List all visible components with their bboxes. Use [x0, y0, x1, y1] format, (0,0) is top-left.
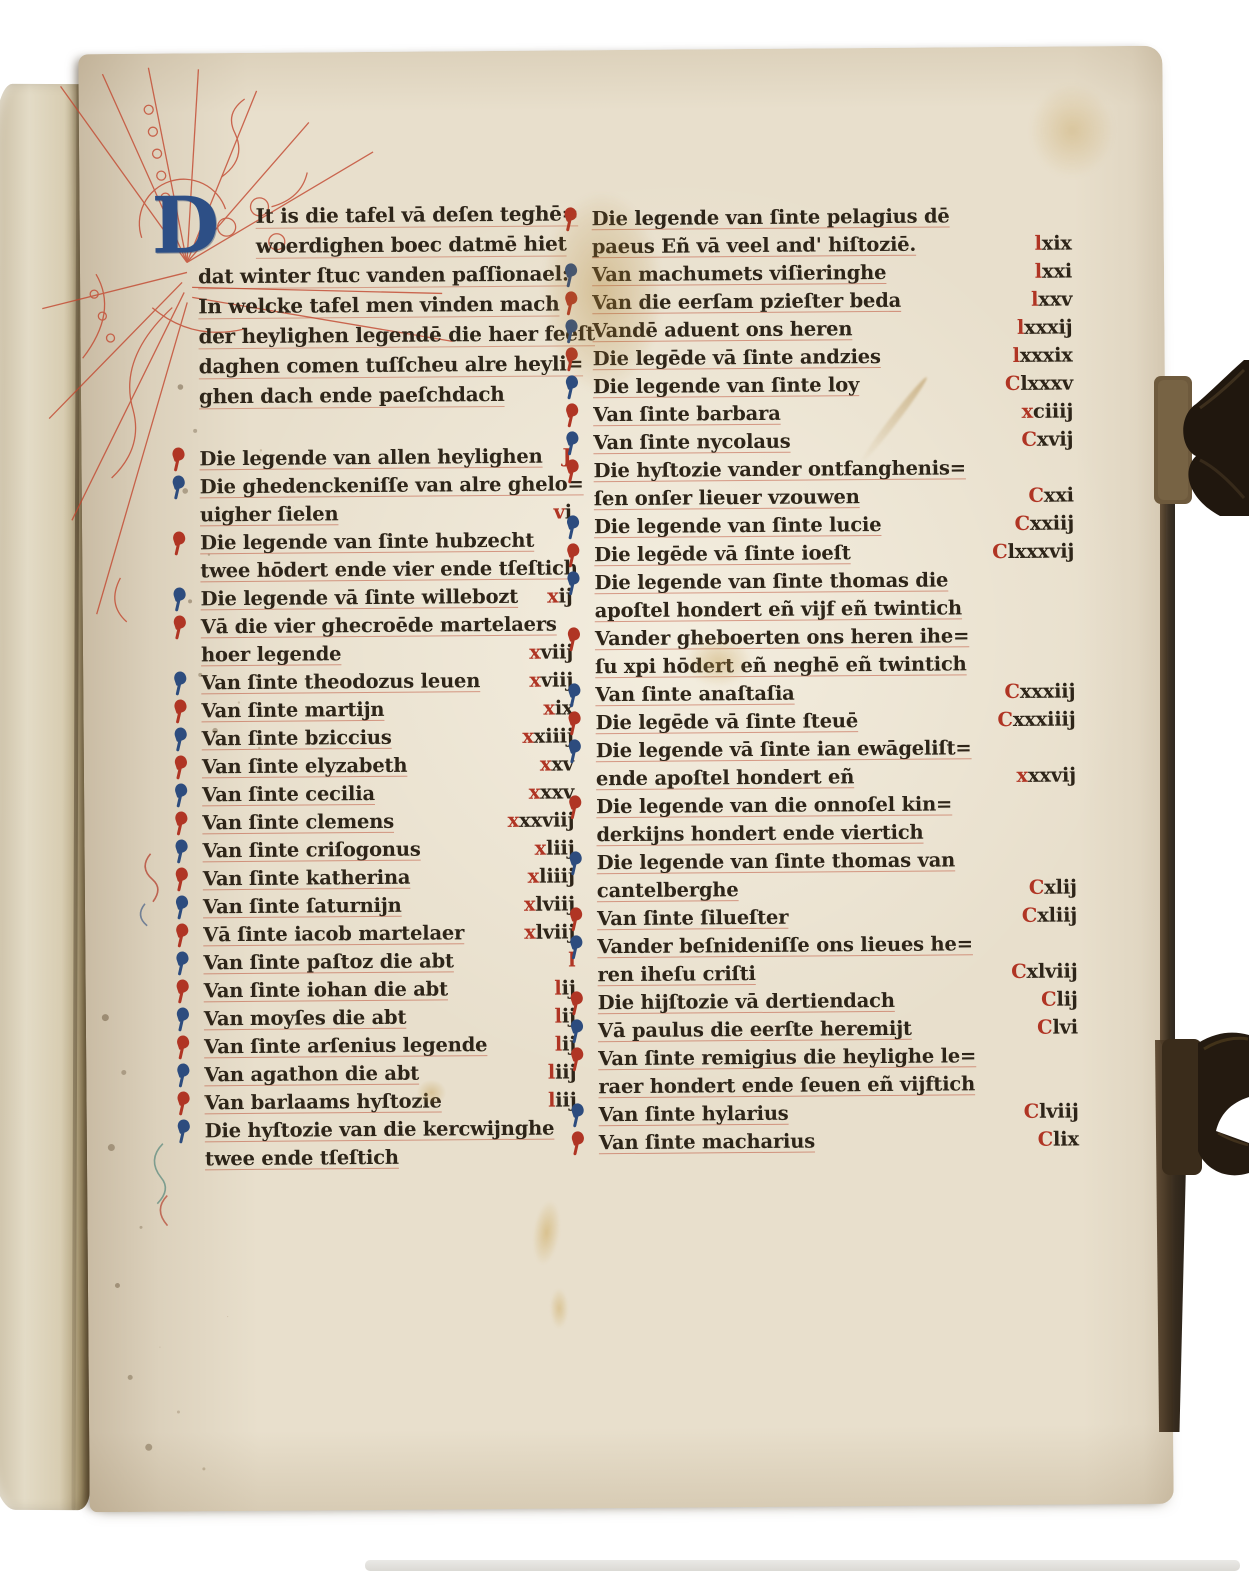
- folio-number: Cxxxiiij: [987, 705, 1075, 734]
- toc-entry: Van ſinte bzicciusxxiiij: [202, 722, 574, 753]
- folio-number: Clij: [1031, 985, 1078, 1013]
- toc-entry: Van ſinte theodozus leuenxviij: [201, 666, 573, 697]
- manuscript-page: D It is die tafel vā deſen teghē= woerdi…: [78, 46, 1173, 1512]
- toc-entry: Van ſinte iohan die abtlij: [204, 974, 576, 1005]
- entry-text: paeus Eñ vā veel and' hiſtoziē.: [592, 231, 916, 262]
- folio-number: lxix: [1024, 229, 1071, 257]
- toc-entry: Van ſinte arſenius legendelij: [204, 1030, 576, 1061]
- paragraph-mark: [569, 851, 584, 875]
- entry-text: Die legende van ſinte thomas die: [594, 566, 948, 597]
- paragraph-mark: [174, 755, 189, 779]
- toc-entry: Van ſinte katherinaxliiij: [203, 862, 575, 893]
- foxing-speckles: [178, 384, 184, 390]
- toc-entry: Van ſinte paſtoz die abtl: [203, 946, 575, 977]
- entry-text: derkijns hondert ende viertich: [596, 819, 923, 850]
- entry-text: Van ſinte barbara: [593, 400, 781, 429]
- folio-number: Clvi: [1027, 1013, 1078, 1041]
- folio-number: xlviij: [514, 890, 575, 918]
- entry-text: Van agathon die abt: [204, 1060, 419, 1090]
- paragraph-mark: [565, 375, 580, 399]
- entry-text: Die legende vā ſinte willebozt: [200, 583, 518, 613]
- entry-text: Van ſinte katherina: [203, 864, 411, 894]
- folio-number: Cxvij: [1011, 425, 1073, 453]
- entry-text: Van ſinte anaſtaſia: [595, 680, 794, 710]
- drop-cap-initial: D: [151, 191, 219, 262]
- entry-text: Van ſinte ſaturnijn: [203, 892, 402, 922]
- foxing-speckles: [102, 1014, 109, 1021]
- entry-text: Die legende van ſinte loy: [593, 371, 859, 401]
- paragraph-mark: [566, 571, 581, 595]
- folio-number: Clix: [1028, 1125, 1079, 1153]
- intro-line: daghen comen tuſſcheu alre heyli=: [199, 348, 589, 381]
- toc-entry: Van ſinte machariusClix: [599, 1125, 1079, 1157]
- folio-number: Cxliij: [1012, 901, 1077, 930]
- toc-entry: Van ſinte martijnxix: [201, 694, 573, 725]
- toc-entry: Die hyſtozie van die kercwijnghetwee end…: [205, 1114, 577, 1173]
- paragraph-mark: [172, 587, 187, 611]
- toc-entry: Die legende van ſinte thomas vancantelbe…: [597, 845, 1077, 905]
- paragraph-mark: [173, 699, 188, 723]
- stain: [1029, 82, 1116, 179]
- paragraph-mark: [571, 1131, 586, 1155]
- paragraph-mark: [566, 515, 581, 539]
- entry-text: ſen onſer lieuer vzouwen: [594, 483, 860, 513]
- toc-entry: Van ſinte ſilueſterCxliij: [597, 901, 1077, 933]
- toc-entry: Vā paulus die eerſte heremijtClvi: [598, 1013, 1078, 1045]
- entry-text: Van barlaams hyſtozie: [204, 1087, 441, 1117]
- toc-entry: Van ſinte criſogonusxliij: [202, 834, 574, 865]
- entry-text: Die ghedenckeniſſe van alre ghelo=: [200, 470, 584, 501]
- toc-entry: Die legēde vā ſinte ſteuēCxxxiiij: [595, 705, 1075, 737]
- paragraph-mark: [172, 531, 187, 555]
- toc-entry: Van ſinte clemensxxxviij: [202, 806, 574, 837]
- entry-text: hoer legende: [201, 640, 342, 669]
- toc-entry: Van ſinte anaſtaſiaCxxxiij: [595, 677, 1075, 709]
- entry-text: ren iheſu criſti: [597, 960, 755, 989]
- paragraph-mark: [174, 727, 189, 751]
- entry-text: Van ſinte hylarius: [599, 1100, 789, 1129]
- folio-number: xviij: [519, 638, 573, 666]
- entry-text: Die hijſtozie vā dertiendach: [598, 987, 895, 1017]
- entry-text: Van ſinte theodozus leuen: [201, 667, 480, 697]
- folio-number: xlviij: [514, 918, 575, 946]
- toc-entry: Van agathon die abtliij: [204, 1058, 576, 1089]
- toc-entry: Die legende van ſinte loyClxxxv: [593, 369, 1073, 401]
- toc-entry: Die ghedenckeniſſe van alre ghelo=uigher…: [200, 470, 572, 529]
- toc-entry: Die legende van ſinte pelagius dēpaeus E…: [591, 201, 1071, 261]
- stain: [529, 1199, 563, 1266]
- toc-entry: Vā ſinte iacob martelaerxlviij: [203, 918, 575, 949]
- folio-number: xliiij: [518, 862, 575, 890]
- intro-line: dat winter ſtuc vanden paſſionael:: [198, 258, 588, 291]
- entry-text: Die legende van allen heylighen: [199, 443, 542, 474]
- stain: [550, 1288, 568, 1328]
- toc-entry: Van ſinte elyzabethxxv: [202, 750, 574, 781]
- folio-number: Clxxxv: [995, 369, 1073, 398]
- paragraph-mark: [565, 403, 580, 427]
- entry-text: Die legende van ſinte pelagius dē: [591, 202, 949, 233]
- folio-number: xciiij: [1011, 397, 1073, 425]
- paragraph-mark: [564, 207, 579, 231]
- book-photo: D It is die tafel vā deſen teghē= woerdi…: [0, 0, 1249, 1575]
- paragraph-mark: [173, 671, 188, 695]
- folio-number: lxxxij: [1007, 313, 1073, 342]
- paragraph-mark: [567, 683, 582, 707]
- entry-text: Van ſinte paſtoz die abt: [203, 947, 454, 977]
- folio-number: xliij: [525, 834, 575, 862]
- paragraph-mark: [569, 935, 584, 959]
- entry-text: Die legende van ſinte lucie: [594, 511, 882, 541]
- intro-paragraph: D It is die tafel vā deſen teghē= woerdi…: [197, 198, 589, 411]
- toc-entry: Vā die vier ghecroēde martelaershoer leg…: [201, 610, 573, 669]
- entry-text: Die hyſtozie van die kercwijnghe: [205, 1115, 555, 1146]
- toc-entry: Van barlaams hyſtozieliij: [204, 1086, 576, 1117]
- entry-text: Van die eerſam pzieſter beda: [592, 287, 901, 317]
- folio-number: Cxxxiij: [994, 677, 1075, 706]
- toc-entry: Die legende vā ſinte ian ewāgeliſt=ende …: [596, 733, 1076, 793]
- clasp-bottom-icon: [1148, 1005, 1249, 1200]
- toc-entry: Van die eerſam pzieſter bedalxxv: [592, 285, 1072, 317]
- paragraph-mark: [566, 543, 581, 567]
- toc-entry: Van ſinte barbaraxciiij: [593, 397, 1073, 429]
- entry-text: Die legende van die onnoſel kin=: [596, 790, 952, 821]
- entry-text: Van machumets viſieringhe: [592, 259, 886, 289]
- toc-entry: Van ſinte hylariusClviij: [599, 1097, 1079, 1129]
- entry-text: Van ſinte ſilueſter: [597, 904, 788, 934]
- paragraph-mark: [568, 795, 583, 819]
- intro-line: der heylighen legendē die haer feeſt: [198, 318, 588, 351]
- intro-line: It is die tafel vā deſen teghē=: [197, 198, 587, 231]
- folio-number: Cxxi: [1018, 481, 1074, 509]
- entry-text: Van ſinte bziccius: [202, 724, 392, 753]
- folio-number: xxxviij: [498, 806, 575, 835]
- entry-text: ende apoſtel hondert eñ: [596, 763, 854, 793]
- entry-text: Die legēde vā ſinte andzies: [593, 343, 881, 373]
- clasp-top-icon: [1148, 358, 1249, 523]
- entry-text: Vander gheboerten ons heren ihe=: [595, 622, 970, 653]
- entry-text: Van ſinte elyzabeth: [202, 752, 408, 782]
- entry-text: Die legende vā ſinte ian ewāgeliſt=: [596, 734, 972, 765]
- folio-number: Cxlij: [1019, 873, 1077, 901]
- entry-text: Vander beſnideniſſe ons lieues he=: [597, 930, 973, 961]
- paragraph-mark: [570, 1019, 585, 1043]
- toc-entry: Vander gheboerten ons heren ihe=ſu xpi h…: [595, 621, 1075, 681]
- toc-entry: Die hyſtozie vander ontfanghenis=ſen onſ…: [593, 453, 1073, 513]
- folio-number: lxxv: [1021, 285, 1072, 313]
- toc-entry: Van moyſes die abtlij: [204, 1002, 576, 1033]
- paragraph-mark: [564, 291, 579, 315]
- toc-entry: Die legende van ſinte hubzechttwee hōder…: [200, 526, 572, 585]
- entry-text: Die legende van ſinte thomas van: [597, 846, 956, 877]
- entry-text: Van ſinte remigius die heylighe le=: [598, 1042, 976, 1073]
- folio-number: Clviij: [1014, 1097, 1079, 1126]
- paragraph-mark: [567, 627, 582, 651]
- entry-text: Van ſinte martijn: [201, 696, 384, 725]
- entry-text: Van ſinte cecilia: [202, 780, 375, 809]
- toc-entry: Die legēde vā ſinte andzieslxxxix: [593, 341, 1073, 373]
- toc-entry: Die hijſtozie vā dertiendachClij: [598, 985, 1078, 1017]
- paragraph-mark: [172, 475, 187, 499]
- entry-text: Die hyſtozie vander ontfanghenis=: [593, 454, 965, 485]
- entry-text: raer hondert ende ſeuen eñ vijftich: [598, 1070, 975, 1101]
- entry-text: twee hōdert ende vier ende tſeſtich: [200, 554, 578, 585]
- entry-text: Vandē aduent ons heren: [592, 315, 852, 345]
- entry-text: Die legēde vā ſinte ioeſt: [594, 539, 851, 569]
- folio-number: lxxxix: [1002, 341, 1072, 370]
- paragraph-mark: [174, 783, 189, 807]
- entry-text: uigher ſielen: [200, 500, 339, 529]
- toc-entry: Die legende van ſinte lucieCxxiij: [594, 509, 1074, 541]
- paragraph-mark: [567, 711, 582, 735]
- paragraph-mark: [171, 447, 186, 471]
- entry-text: Van ſinte macharius: [599, 1128, 815, 1158]
- entry-text: Vā paulus die eerſte heremijt: [598, 1015, 912, 1045]
- folio-number: xviij: [519, 666, 573, 694]
- paragraph-mark: [570, 991, 585, 1015]
- paragraph-mark: [565, 347, 580, 371]
- folio-number: xxxv: [519, 778, 575, 806]
- toc-right-column: Die legende van ſinte pelagius dēpaeus E…: [591, 201, 1078, 1157]
- table-edge-shadow: [365, 1560, 1240, 1571]
- folio-number: lxxi: [1025, 257, 1072, 285]
- entry-text: Van moyſes die abt: [204, 1004, 407, 1034]
- toc-left-column: Die legende van allen heylighenJDie ghed…: [199, 442, 577, 1173]
- toc-entry: Die legende van allen heylighenJ: [199, 442, 571, 473]
- toc-entry: Van ſinte ſaturnijnxlviij: [203, 890, 575, 921]
- entry-text: apoſtel hondert eñ vijf eñ twintich: [595, 594, 963, 625]
- toc-entry: Van machumets viſieringhelxxi: [592, 257, 1072, 289]
- paragraph-mark: [564, 319, 579, 343]
- toc-entry: Vander beſnideniſſe ons lieues he=ren ih…: [597, 929, 1077, 989]
- entry-text: Van ſinte clemens: [202, 808, 394, 838]
- folio-number: xxiiij: [512, 722, 574, 750]
- paragraph-mark: [173, 615, 188, 639]
- entry-text: Van ſinte iohan die abt: [204, 975, 448, 1005]
- paragraph-mark: [174, 811, 189, 835]
- toc-entry: Die legende van die onnoſel kin=derkijns…: [596, 789, 1076, 849]
- folio-number: Cxxiij: [1004, 509, 1074, 538]
- toc-entry: Die legēde vā ſinte ioeſtClxxxvij: [594, 537, 1074, 569]
- paragraph-mark: [570, 1047, 585, 1071]
- entry-text: cantelberghe: [597, 876, 739, 905]
- intro-line: In welcke tafel men vinden mach: [198, 288, 588, 321]
- toc-entry: Die legende van ſinte thomas dieapoſtel …: [594, 565, 1074, 625]
- paragraph-mark: [565, 431, 580, 455]
- toc-entry: Vandē aduent ons herenlxxxij: [592, 313, 1072, 345]
- entry-text: Van ſinte nycolaus: [593, 428, 790, 458]
- folio-number: Cxlviij: [1001, 957, 1078, 986]
- entry-text: Van ſinte arſenius legende: [204, 1031, 487, 1061]
- toc-entry: Die legende vā ſinte willeboztxij: [200, 582, 572, 613]
- paragraph-mark: [571, 1103, 586, 1127]
- intro-line: ghen dach ende paeſchdach: [199, 378, 589, 411]
- margin-scribbles: [120, 844, 183, 1244]
- entry-text: Die legēde vā ſinte ſteuē: [595, 707, 858, 737]
- paragraph-mark: [564, 263, 579, 287]
- entry-text: Van ſinte criſogonus: [202, 836, 420, 866]
- paragraph-mark: [565, 459, 580, 483]
- paragraph-mark: [569, 907, 584, 931]
- folio-number: xxxvij: [1006, 761, 1076, 790]
- toc-entry: Van ſinte nycolausCxvij: [593, 425, 1073, 457]
- fore-edge: [1160, 498, 1175, 1046]
- entry-text: ſu xpi hōdert eñ neghē eñ twintich: [595, 650, 967, 681]
- intro-line: woerdighen boec datmē hiet: [198, 228, 588, 261]
- entry-text: Vā die vier ghecroēde martelaers: [201, 611, 557, 642]
- folio-number: Clxxxvij: [982, 537, 1074, 566]
- entry-text: twee ende tſeſtich: [205, 1144, 399, 1174]
- toc-entry: Van ſinte remigius die heylighe le=raer …: [598, 1041, 1078, 1101]
- entry-text: Vā ſinte iacob martelaer: [203, 919, 464, 949]
- paragraph-mark: [568, 739, 583, 763]
- entry-text: Die legende van ſinte hubzecht: [200, 527, 534, 558]
- toc-entry: Van ſinte ceciliaxxxv: [202, 778, 574, 809]
